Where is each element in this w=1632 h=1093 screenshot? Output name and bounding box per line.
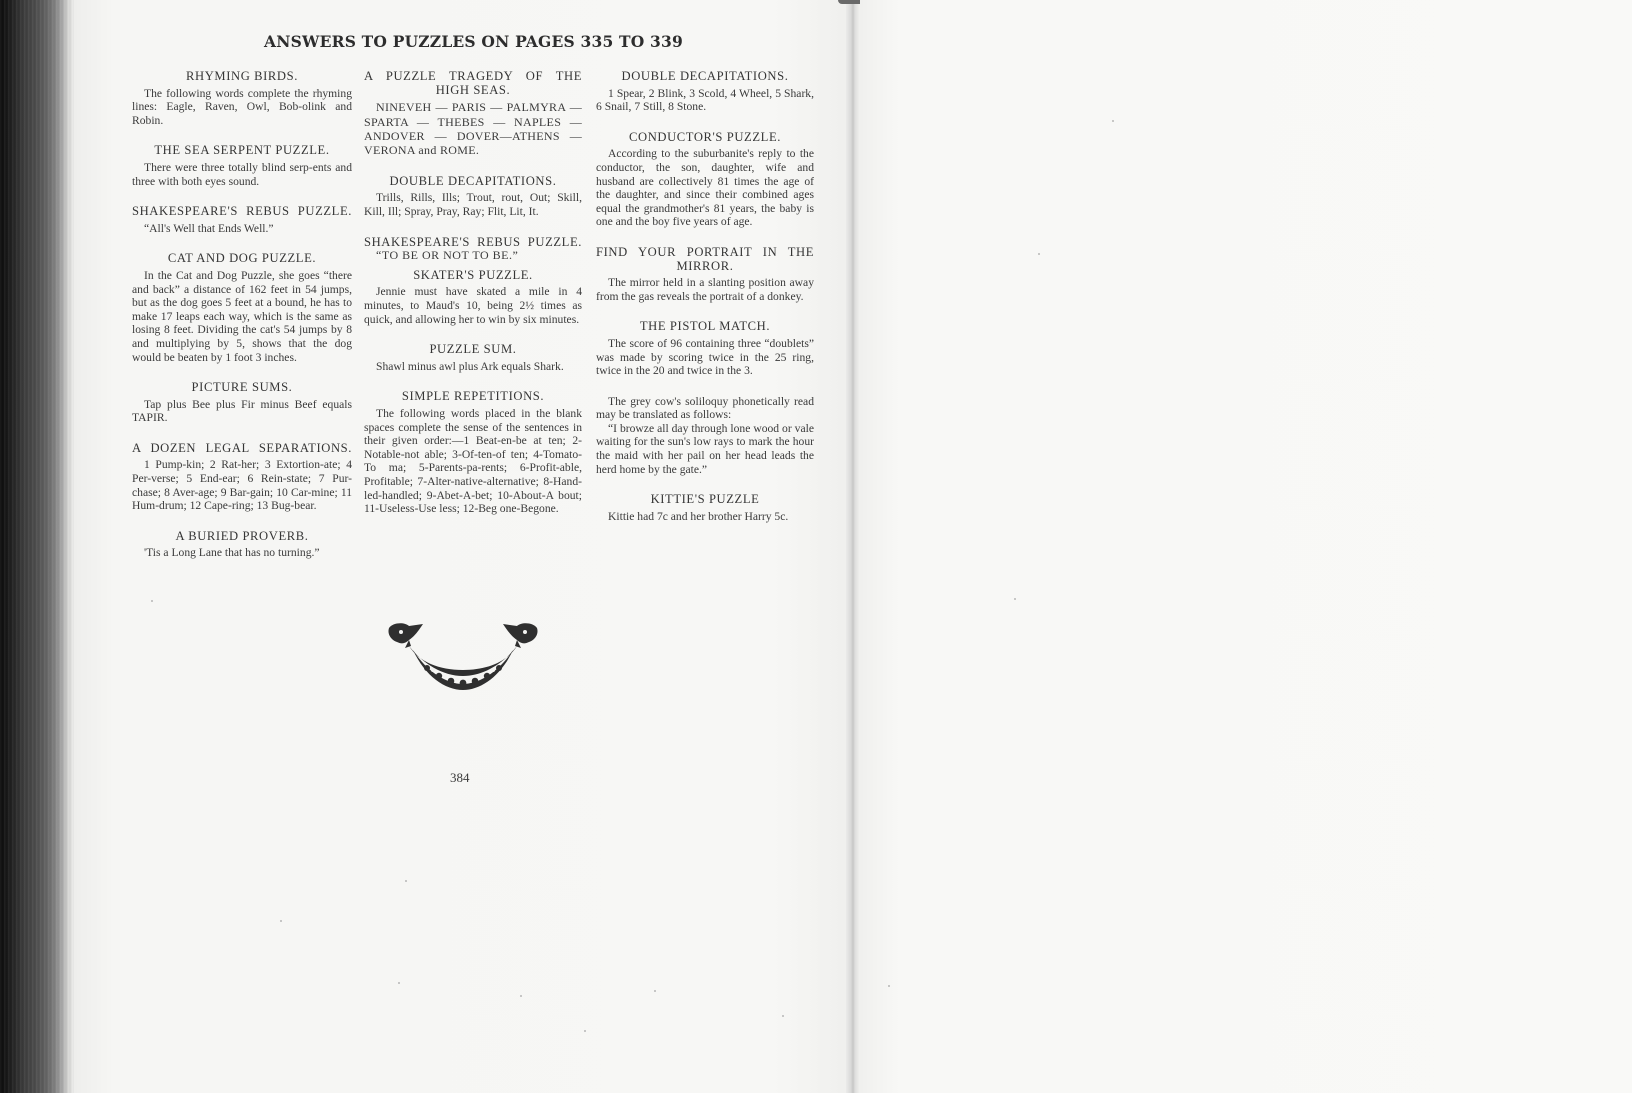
- section-title-line-1: FIND YOUR PORTRAIT IN THE: [596, 246, 814, 260]
- section-rhyming-birds: RHYMING BIRDS. The following words compl…: [132, 70, 352, 127]
- scan-speck: [888, 985, 890, 987]
- section-double-decapitations-2: DOUBLE DECAPITATIONS. 1 Spear, 2 Blink, …: [596, 70, 814, 114]
- section-picture-sums: PICTURE SUMS. Tap plus Bee plus Fir minu…: [132, 381, 352, 425]
- section-title: SHAKESPEARE'S REBUS PUZZLE.: [364, 236, 582, 250]
- section-cat-and-dog: CAT AND DOG PUZZLE. In the Cat and Dog P…: [132, 252, 352, 364]
- garland-ornament-icon: [383, 620, 543, 692]
- book-page-edges: [0, 0, 74, 1093]
- column-1: RHYMING BIRDS. The following words compl…: [132, 70, 352, 577]
- section-kitties-puzzle: KITTIE'S PUZZLE Kittie had 7c and her br…: [596, 493, 814, 523]
- section-sea-serpent: THE SEA SERPENT PUZZLE. There were three…: [132, 144, 352, 188]
- section-text: Tap plus Bee plus Fir minus Beef equals …: [132, 398, 352, 425]
- section-title: A BURIED PROVERB.: [132, 530, 352, 544]
- section-pistol-match: THE PISTOL MATCH. The score of 96 contai…: [596, 320, 814, 377]
- section-title: CAT AND DOG PUZZLE.: [132, 252, 352, 266]
- section-legal-separations: A DOZEN LEGAL SEPARATIONS. 1 Pump-kin; 2…: [132, 442, 352, 513]
- section-title: PUZZLE SUM.: [364, 343, 582, 357]
- section-title: FIND YOUR PORTRAIT IN THE MIRROR.: [596, 246, 814, 273]
- section-text: 1 Spear, 2 Blink, 3 Scold, 4 Wheel, 5 Sh…: [596, 87, 814, 114]
- section-text: Kittie had 7c and her brother Harry 5c.: [596, 510, 814, 524]
- right-page-blank: [860, 0, 1632, 1093]
- scan-speck: [280, 920, 282, 922]
- section-text: The mirror held in a slanting position a…: [596, 276, 814, 303]
- page-heading: ANSWERS TO PUZZLES ON PAGES 335 TO 339: [264, 32, 704, 51]
- section-title: RHYMING BIRDS.: [132, 70, 352, 84]
- section-title: THE SEA SERPENT PUZZLE.: [132, 144, 352, 158]
- section-title: SHAKESPEARE'S REBUS PUZZLE.: [132, 205, 352, 219]
- scan-speck: [1112, 120, 1114, 122]
- section-shakespeare-rebus-2: SHAKESPEARE'S REBUS PUZZLE. “TO BE OR NO…: [364, 236, 582, 263]
- section-title: KITTIE'S PUZZLE: [596, 493, 814, 507]
- section-title: DOUBLE DECAPITATIONS.: [364, 175, 582, 189]
- section-buried-proverb: A BURIED PROVERB. 'Tis a Long Lane that …: [132, 530, 352, 560]
- section-text: In the Cat and Dog Puzzle, she goes “the…: [132, 269, 352, 364]
- scan-speck: [654, 990, 656, 992]
- book-spread: ANSWERS TO PUZZLES ON PAGES 335 TO 339 R…: [0, 0, 1632, 1093]
- section-title: CONDUCTOR'S PUZZLE.: [596, 131, 814, 145]
- scan-speck: [584, 1030, 586, 1032]
- scan-speck: [1038, 253, 1040, 255]
- section-text: The following words placed in the blank …: [364, 407, 582, 516]
- section-text: The score of 96 containing three “double…: [596, 337, 814, 378]
- section-title: A DOZEN LEGAL SEPARATIONS.: [132, 442, 352, 456]
- section-simple-repetitions: SIMPLE REPETITIONS. The following words …: [364, 390, 582, 515]
- section-title: THE PISTOL MATCH.: [596, 320, 814, 334]
- section-shakespeare-rebus-1: SHAKESPEARE'S REBUS PUZZLE. “All's Well …: [132, 205, 352, 235]
- page-number: 384: [450, 770, 470, 786]
- section-grey-cow: The grey cow's soliloquy phonetically re…: [596, 395, 814, 477]
- section-text-quote: “I browze all day through lone wood or v…: [596, 422, 814, 476]
- section-text: 1 Pump-kin; 2 Rat-her; 3 Extortion-ate; …: [132, 458, 352, 512]
- section-title: A PUZZLE TRAGEDY OF THE HIGH SEAS.: [364, 70, 582, 97]
- section-text: Trills, Rills, Ills; Trout, rout, Out; S…: [364, 191, 582, 218]
- section-text: Jennie must have skated a mile in 4 minu…: [364, 285, 582, 326]
- section-text: There were three totally blind serp-ents…: [132, 161, 352, 188]
- section-puzzle-tragedy: A PUZZLE TRAGEDY OF THE HIGH SEAS. NINEV…: [364, 70, 582, 158]
- scan-speck: [1014, 598, 1016, 600]
- section-title-line-1: A PUZZLE TRAGEDY OF THE: [364, 70, 582, 84]
- column-3: DOUBLE DECAPITATIONS. 1 Spear, 2 Blink, …: [596, 70, 814, 540]
- section-skaters-puzzle: SKATER'S PUZZLE. Jennie must have skated…: [364, 269, 582, 326]
- section-text: The following words complete the rhyming…: [132, 87, 352, 128]
- section-title: DOUBLE DECAPITATIONS.: [596, 70, 814, 84]
- scan-speck: [151, 600, 153, 602]
- section-text: 'Tis a Long Lane that has no turning.”: [132, 546, 352, 560]
- section-text: “TO BE OR NOT TO BE.”: [364, 249, 582, 263]
- section-text: The grey cow's soliloquy phonetically re…: [596, 395, 814, 422]
- section-title: SKATER'S PUZZLE.: [364, 269, 582, 283]
- section-title: SIMPLE REPETITIONS.: [364, 390, 582, 404]
- scan-speck: [398, 982, 400, 984]
- section-text: According to the suburbanite's reply to …: [596, 147, 814, 229]
- section-find-your-portrait: FIND YOUR PORTRAIT IN THE MIRROR. The mi…: [596, 246, 814, 303]
- scan-speck: [405, 880, 407, 882]
- column-2: A PUZZLE TRAGEDY OF THE HIGH SEAS. NINEV…: [364, 70, 582, 533]
- section-puzzle-sum: PUZZLE SUM. Shawl minus awl plus Ark equ…: [364, 343, 582, 373]
- section-text: NINEVEH — PARIS — PALMYRA — SPARTA — THE…: [364, 100, 582, 158]
- section-text: Shawl minus awl plus Ark equals Shark.: [364, 360, 582, 374]
- section-double-decapitations-1: DOUBLE DECAPITATIONS. Trills, Rills, Ill…: [364, 175, 582, 219]
- section-title-line-2: MIRROR.: [596, 260, 814, 274]
- book-gutter: [846, 0, 860, 1093]
- section-conductors-puzzle: CONDUCTOR'S PUZZLE. According to the sub…: [596, 131, 814, 229]
- scan-speck: [782, 1015, 784, 1017]
- section-title-line-2: HIGH SEAS.: [364, 84, 582, 98]
- section-title: PICTURE SUMS.: [132, 381, 352, 395]
- section-text: “All's Well that Ends Well.”: [132, 222, 352, 236]
- scan-speck: [520, 995, 522, 997]
